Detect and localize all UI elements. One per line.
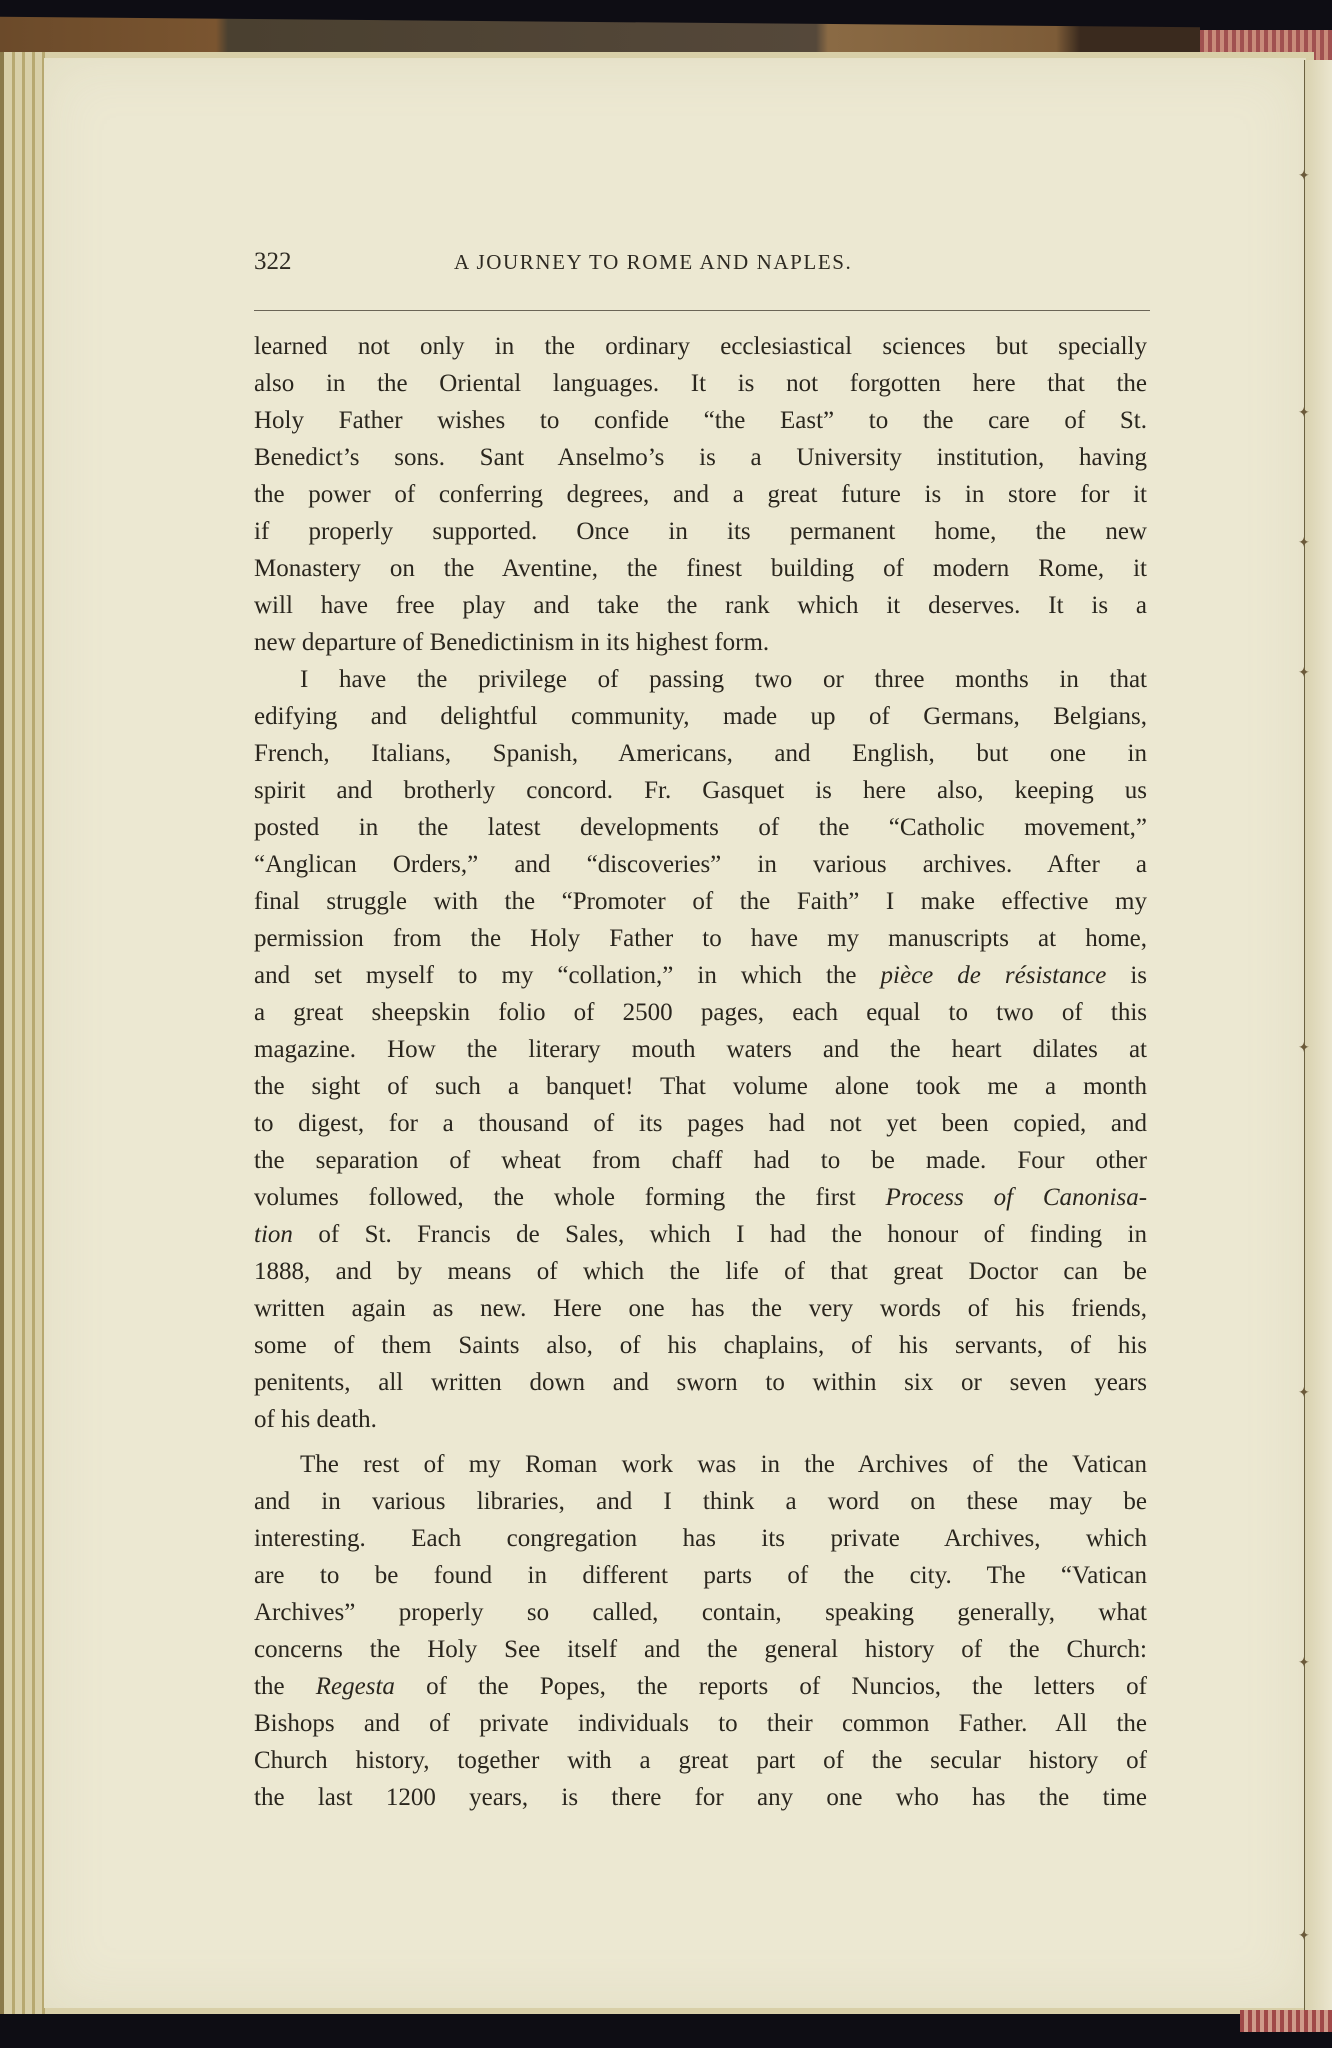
text-line: new departure of Benedictinism in its hi…	[254, 624, 1147, 661]
text-line: some of them Saints also, of his chaplai…	[254, 1327, 1147, 1364]
bookmark-ribbon-bottom	[1240, 2010, 1332, 2032]
paragraph: The rest of my Roman work was in the Arc…	[254, 1446, 1147, 1816]
paragraph: I have the privilege of passing two or t…	[254, 661, 1147, 1438]
text-line: also in the Oriental languages. It is no…	[254, 365, 1147, 402]
text-line: Benedict’s sons. Sant Anselmo’s is a Uni…	[254, 439, 1147, 476]
text-line: Archives” properly so called, contain, s…	[254, 1594, 1147, 1631]
stitch-mark-icon: ✦	[1298, 1655, 1310, 1672]
text-fragment: is	[1130, 962, 1147, 989]
paragraph: learned not only in the ordinary ecclesi…	[254, 328, 1147, 661]
text-fragment: of St. Francis de Sales, which I had the…	[318, 1221, 1147, 1248]
text-line: final struggle with the “Promoter of the…	[254, 883, 1147, 920]
text-line: French, Italians, Spanish, Americans, an…	[254, 735, 1147, 772]
text-line: learned not only in the ordinary ecclesi…	[254, 328, 1147, 365]
text-line: of his death.	[254, 1401, 1147, 1438]
text-line: are to be found in different parts of th…	[254, 1557, 1147, 1594]
text-line: the sight of such a banquet! That volume…	[254, 1068, 1147, 1105]
text-line: Monastery on the Aventine, the finest bu…	[254, 550, 1147, 587]
text-line: I have the privilege of passing two or t…	[254, 661, 1147, 698]
text-line: permission from the Holy Father to have …	[254, 920, 1147, 957]
text-fragment: volumes followed, the whole forming the …	[254, 1184, 856, 1211]
stitch-mark-icon: ✦	[1298, 1040, 1310, 1057]
text-line: Bishops and of private individuals to th…	[254, 1705, 1147, 1742]
text-line: written again as new. Here one has the v…	[254, 1290, 1147, 1327]
running-head: 322 A JOURNEY TO ROME AND NAPLES.	[254, 248, 1154, 282]
text-line: the last 1200 years, is there for any on…	[254, 1779, 1147, 1816]
text-line: if properly supported. Once in its perma…	[254, 513, 1147, 550]
text-fragment: the	[254, 1673, 285, 1700]
text-line: penitents, all written down and sworn to…	[254, 1364, 1147, 1401]
page-gutter	[1304, 60, 1332, 2010]
text-line: to digest, for a thousand of its pages h…	[254, 1105, 1147, 1142]
text-line: the Regesta of the Popes, the reports of…	[254, 1668, 1147, 1705]
page-edge	[12, 52, 15, 2014]
text-line: Holy Father wishes to confide “the East”…	[254, 402, 1147, 439]
stitch-mark-icon: ✦	[1298, 1385, 1310, 1402]
stitch-mark-icon: ✦	[1298, 1928, 1310, 1945]
text-line: spirit and brotherly concord. Fr. Gasque…	[254, 772, 1147, 809]
italic-title: Process of Canonisa-	[886, 1184, 1147, 1211]
text-line: Church history, together with a great pa…	[254, 1742, 1147, 1779]
text-line: the separation of wheat from chaff had t…	[254, 1142, 1147, 1179]
stitch-mark-icon: ✦	[1298, 405, 1310, 422]
text-line: posted in the latest developments of the…	[254, 809, 1147, 846]
text-fragment: and set myself to my “collation,” in whi…	[254, 962, 857, 989]
text-line: the power of conferring degrees, and a g…	[254, 476, 1147, 513]
text-line: volumes followed, the whole forming the …	[254, 1179, 1147, 1216]
italic-title: tion	[254, 1221, 293, 1248]
body-text: learned not only in the ordinary ecclesi…	[254, 328, 1147, 1816]
text-line: and set myself to my “collation,” in whi…	[254, 957, 1147, 994]
stitch-mark-icon: ✦	[1298, 168, 1310, 185]
page-edge	[32, 52, 35, 2014]
paragraph-gap	[254, 1438, 1147, 1446]
text-line: The rest of my Roman work was in the Arc…	[254, 1446, 1147, 1483]
text-line: tion of St. Francis de Sales, which I ha…	[254, 1216, 1147, 1253]
text-line: and in various libraries, and I think a …	[254, 1483, 1147, 1520]
text-line: edifying and delightful community, made …	[254, 698, 1147, 735]
page-edge	[22, 52, 25, 2014]
text-line: will have free play and take the rank wh…	[254, 587, 1147, 624]
italic-phrase: pièce de résistance	[881, 962, 1107, 989]
header-rule	[254, 310, 1150, 311]
text-line: concerns the Holy See itself and the gen…	[254, 1631, 1147, 1668]
italic-term: Regesta	[316, 1673, 395, 1700]
stitch-mark-icon: ✦	[1298, 665, 1310, 682]
text-line: magazine. How the literary mouth waters …	[254, 1031, 1147, 1068]
page-number: 322	[254, 248, 292, 276]
running-title: A JOURNEY TO ROME AND NAPLES.	[454, 250, 852, 275]
text-line: a great sheepskin folio of 2500 pages, e…	[254, 994, 1147, 1031]
text-line: 1888, and by means of which the life of …	[254, 1253, 1147, 1290]
text-line: “Anglican Orders,” and “discoveries” in …	[254, 846, 1147, 883]
stitch-mark-icon: ✦	[1298, 535, 1310, 552]
text-line: interesting. Each congregation has its p…	[254, 1520, 1147, 1557]
text-fragment: of the Popes, the reports of Nuncios, th…	[426, 1673, 1147, 1700]
